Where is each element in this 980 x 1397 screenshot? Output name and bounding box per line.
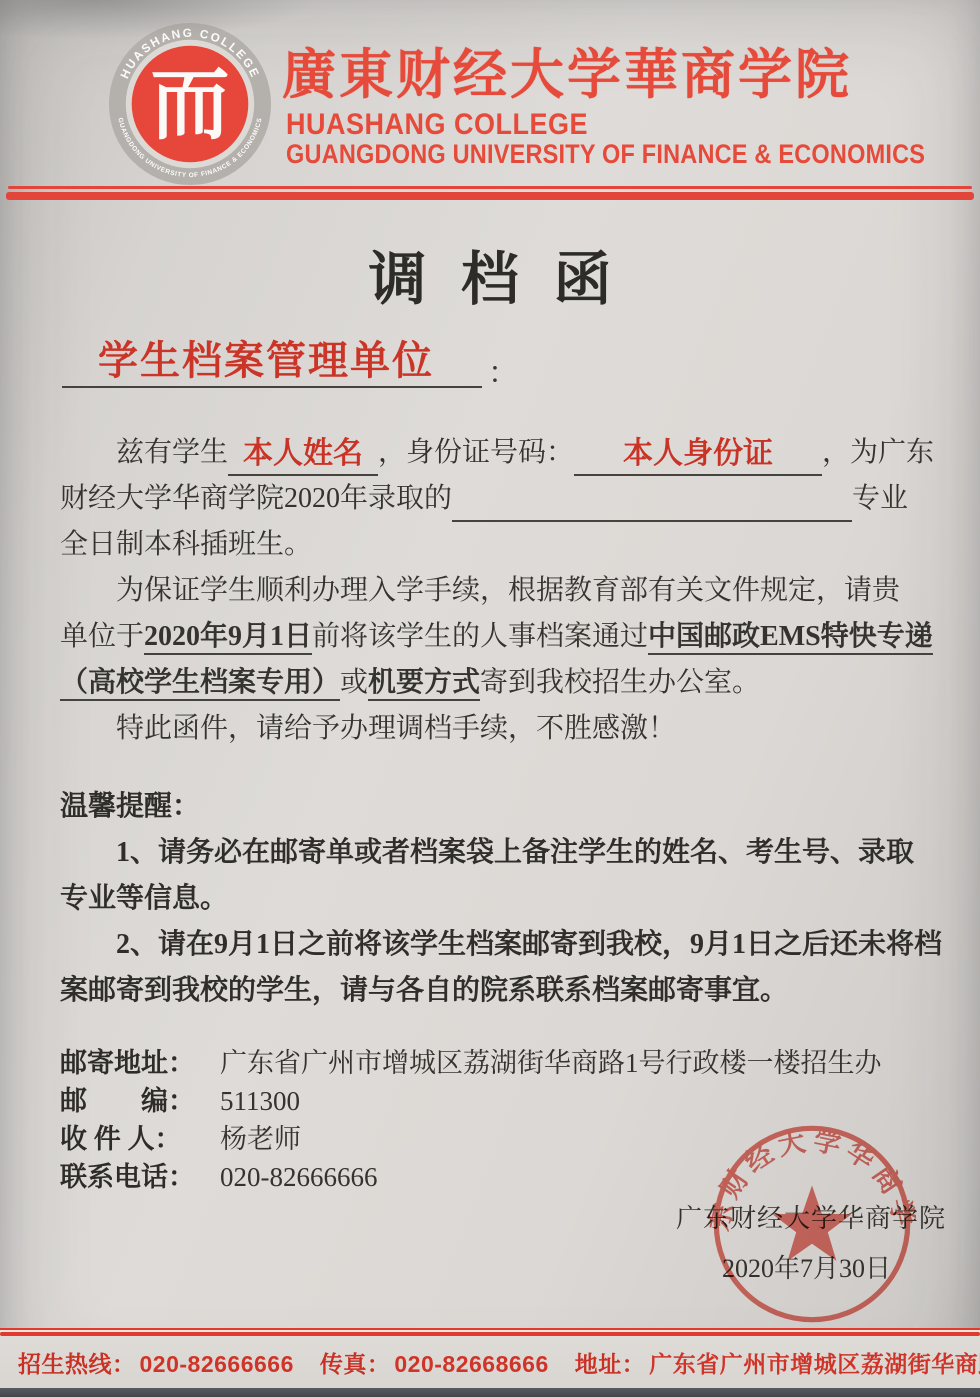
college-emblem-glyph: 而 <box>150 63 229 150</box>
text-line: （高校学生档案专用）或机要方式寄到我校招生办公室。 <box>60 660 952 706</box>
footer-contact-item: 地址：广东省广州市增城区荔湖街华商路1号 <box>575 1346 980 1379</box>
letterhead-rule-thin <box>8 186 972 189</box>
footer-contact-item: 传真：020-82668666 <box>320 1346 549 1379</box>
body-text-segment: 专业 <box>852 483 908 514</box>
footer-contact-label: 传真： <box>320 1351 391 1377</box>
text-line: 案邮寄到我校的学生，请与各自的院系联系档案邮寄事宜。 <box>60 968 960 1014</box>
address-label: 联系电话： <box>60 1158 206 1196</box>
footer-items: 招生热线：020-82666666传真：020-82668666地址：广东省广州… <box>0 1336 980 1379</box>
body-text-segment: 案邮寄到我校的学生，请与各自的院系联系档案邮寄事宜。 <box>60 975 788 1006</box>
body-text-segment: 或 <box>340 667 368 698</box>
college-name-english-1: HUASHANG COLLEGE <box>286 108 588 141</box>
body-text-segment: 1、请务必在邮寄单或者档案袋上备注学生的姓名、考生号、录取 <box>60 837 914 868</box>
body-text-segment: ，身份证号码： <box>378 437 574 468</box>
address-label: 邮寄地址： <box>60 1044 206 1082</box>
footer-contact-value: 020-82668666 <box>390 1351 548 1377</box>
document-page: HUASHANG COLLEGE GUANGDONG UNIVERSITY OF… <box>0 0 980 1397</box>
address-value: 511300 <box>206 1086 300 1116</box>
blank-field <box>452 482 852 522</box>
address-row: 邮寄地址：广东省广州市增城区荔湖街华商路1号行政楼一楼招生办 <box>60 1044 940 1082</box>
address-value: 020-82666666 <box>206 1162 378 1192</box>
college-seal-logo: HUASHANG COLLEGE GUANGDONG UNIVERSITY OF… <box>106 20 274 188</box>
body-text-segment: 全日制本科插班生。 <box>60 529 312 560</box>
body-text-segment: 财经大学华商学院2020年录取的 <box>60 483 452 514</box>
recipient-filled-value: 学生档案管理单位 <box>62 338 434 384</box>
document-title: 调 档 函 <box>0 232 980 316</box>
text-line: 2、请在9月1日之前将该学生档案邮寄到我校，9月1日之后还未将档 <box>60 922 960 968</box>
body-text-segment: 为保证学生顺利办理入学手续，根据教育部有关文件规定，请贵 <box>60 575 900 606</box>
recipient-colon: ： <box>488 348 518 392</box>
footer-contact-label: 地址： <box>575 1351 646 1377</box>
underlined-emphasis: （高校学生档案专用） <box>60 667 340 701</box>
text-line: 1、请务必在邮寄单或者档案袋上备注学生的姓名、考生号、录取 <box>60 830 960 876</box>
college-name-chinese: 廣東财经大学華商学院 <box>282 32 882 109</box>
underlined-emphasis: 机要方式 <box>368 667 480 701</box>
body-text-segment: 前将该学生的人事档案通过 <box>312 621 648 652</box>
photo-corner-shade <box>0 0 320 40</box>
footer-contact-item: 招生热线：020-82666666 <box>18 1346 294 1379</box>
footer-contact-value: 广东省广州市增城区荔湖街华商路1号 <box>645 1351 980 1377</box>
body-text-segment: 兹有学生 <box>60 437 228 468</box>
address-label: 收 件 人： <box>60 1120 206 1158</box>
text-line: 兹有学生本人姓名，身份证号码：本人身份证，为广东 <box>60 430 952 476</box>
reminder-list: 1、请务必在邮寄单或者档案袋上备注学生的姓名、考生号、录取专业等信息。2、请在9… <box>60 830 960 1014</box>
footer-contact-bar: 招生热线：020-82666666传真：020-82668666地址：广东省广州… <box>0 1328 980 1397</box>
address-row: 邮 编：511300 <box>60 1082 940 1120</box>
text-line: 专业等信息。 <box>60 876 960 922</box>
filled-field: 本人身份证 <box>574 436 822 476</box>
footer-contact-label: 招生热线： <box>18 1351 136 1377</box>
underlined-emphasis: 2020年9月1日 <box>144 621 312 655</box>
college-name-english-2: GUANGDONG UNIVERSITY OF FINANCE & ECONOM… <box>286 140 925 171</box>
underlined-emphasis: 中国邮政EMS特快专递 <box>648 621 933 655</box>
body-text-segment: 专业等信息。 <box>60 883 228 914</box>
text-line: 单位于2020年9月1日前将该学生的人事档案通过中国邮政EMS特快专递 <box>60 614 952 660</box>
text-line: 财经大学华商学院2020年录取的专业 <box>60 476 952 522</box>
recipient-field: 学生档案管理单位 <box>62 338 482 388</box>
body-text-segment: ，为广东 <box>822 437 934 468</box>
text-line: 全日制本科插班生。 <box>60 522 952 568</box>
filled-field: 本人姓名 <box>228 436 378 476</box>
seal-star-icon <box>772 1186 851 1261</box>
body-text-segment: 寄到我校招生办公室。 <box>480 667 760 698</box>
text-line: 特此函件，请给予办理调档手续，不胜感激！ <box>60 706 952 752</box>
body-text-segment: 特此函件，请给予办理调档手续，不胜感激！ <box>60 713 676 744</box>
body-text-segment: 单位于 <box>60 621 144 652</box>
address-value: 杨老师 <box>206 1124 301 1154</box>
body-text-segment: 2、请在9月1日之前将该学生档案邮寄到我校，9月1日之后还未将档 <box>60 929 942 960</box>
letter-body: 兹有学生本人姓名，身份证号码：本人身份证，为广东财经大学华商学院2020年录取的… <box>60 430 952 752</box>
photo-bottom-edge <box>0 1388 980 1397</box>
letterhead-rule-thick <box>6 192 974 200</box>
footer-contact-value: 020-82666666 <box>136 1351 294 1377</box>
reminder-heading: 温馨提醒： <box>60 784 200 830</box>
text-line: 为保证学生顺利办理入学手续，根据教育部有关文件规定，请贵 <box>60 568 952 614</box>
address-label: 邮 编： <box>60 1082 206 1120</box>
address-value: 广东省广州市增城区荔湖街华商路1号行政楼一楼招生办 <box>206 1048 882 1078</box>
official-seal-stamp: 广东财经大学华商学院 <box>708 1120 916 1328</box>
